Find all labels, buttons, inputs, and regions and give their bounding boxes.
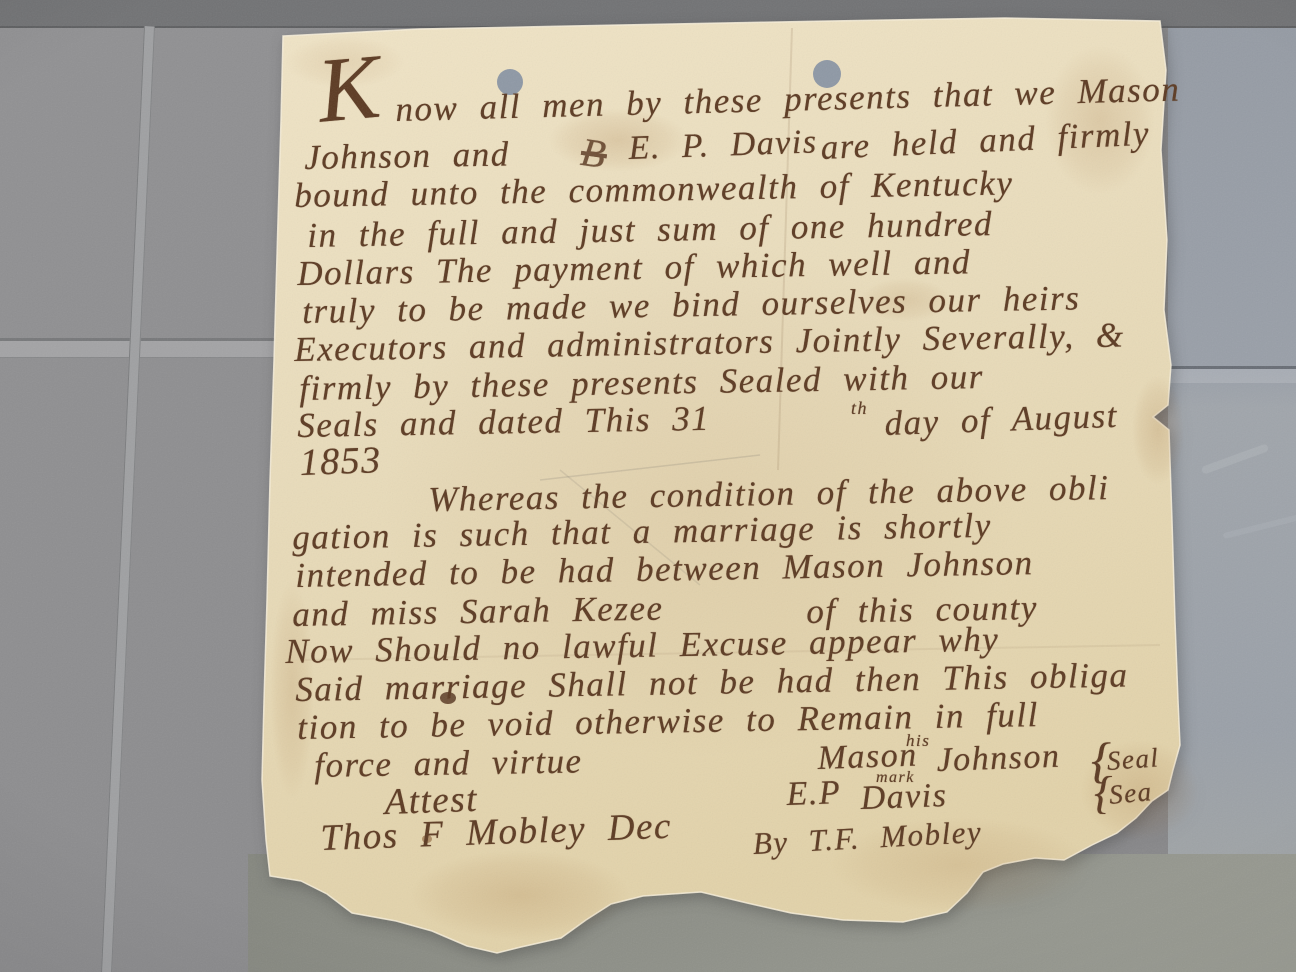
table-scuff-mark — [1201, 443, 1270, 474]
handwriting-line: force and virtue — [314, 743, 583, 783]
punch-hole — [497, 69, 523, 95]
handwriting-line: intended to be had between Mason Johnson — [295, 545, 1034, 593]
handwriting-line: Thos F Mobley Dec — [320, 808, 672, 857]
handwriting-line: { — [1094, 770, 1114, 816]
handwriting-line: Said marriage Shall not be had then This… — [295, 657, 1129, 707]
table-scuff-mark — [1223, 511, 1296, 539]
handwriting-line: gation is such that a marriage is shortl… — [292, 508, 992, 555]
handwriting-line: 1853 — [299, 441, 382, 482]
handwriting-line: mark — [876, 770, 915, 786]
handwriting-line: bound unto the commonwealth of Kentucky — [294, 165, 1014, 213]
photo-grain-overlay — [0, 0, 1296, 972]
handwriting-line: By T.F. Mobley — [752, 816, 983, 859]
handwriting-line: Seal — [1106, 744, 1160, 775]
paper-sheet — [262, 18, 1180, 953]
handwriting-line: Executors and administrators Jointly Sev… — [294, 318, 1125, 367]
handwriting-line: of this county — [806, 590, 1038, 629]
handwriting-line: { — [1091, 735, 1113, 785]
handwriting-line: Johnson and — [304, 136, 510, 175]
table-seam-top-strip — [0, 0, 1296, 28]
handwriting-line: firmly by these presents Sealed with our — [299, 359, 984, 406]
handwriting-line: tion to be void otherwise to Remain in f… — [297, 697, 1039, 745]
handwriting-line: Mason — [817, 739, 918, 776]
handwriting-line: E. P. Davis — [628, 125, 818, 166]
handwriting-line: truly to be made we bind ourselves our h… — [302, 280, 1081, 329]
handwriting-line: are held and firmly — [820, 116, 1151, 165]
handwriting-line: th — [851, 399, 868, 417]
handwriting-line: day of August — [884, 398, 1118, 441]
paper-creases — [300, 28, 1160, 660]
document-paper — [0, 0, 1296, 972]
table-seam-right — [1168, 366, 1296, 369]
handwriting-line: Whereas the condition of the above obli — [428, 470, 1110, 517]
punch-hole — [813, 60, 841, 88]
table-seam-left-vertical — [101, 26, 155, 972]
table-seam-left-horizontal — [0, 338, 292, 358]
paper-stains — [270, 36, 1200, 940]
handwriting-line: Davis — [860, 779, 948, 816]
handwriting-line: E.P — [786, 776, 842, 812]
table-surface-right-panel — [1168, 0, 1296, 972]
handwriting-line: Sea — [1108, 778, 1154, 809]
table-surface-left-panel — [0, 0, 1296, 972]
handwriting-line: Seals and dated This 31 — [297, 401, 711, 443]
handwriting-line: Now Should no lawful Excuse appear why — [285, 622, 1000, 669]
handwriting-line: B — [578, 132, 609, 175]
handwriting-line: Johnson — [936, 740, 1061, 778]
handwriting-line: in the full and just sum of one hundred — [307, 206, 993, 253]
photo-vignette — [0, 0, 1296, 972]
handwriting-line: and miss Sarah Kezee — [292, 591, 664, 632]
handwriting-line: Attest — [384, 781, 479, 821]
photo-of-document: Know all men by these presents that we M… — [0, 0, 1296, 972]
handwriting-line: his — [906, 732, 930, 749]
handwriting-line: K — [314, 40, 385, 137]
handwriting-line: now all men by these presents that we Ma… — [395, 71, 1181, 127]
table-seam-right-highlight — [1168, 369, 1296, 383]
table-surface-bottom-panel — [248, 854, 1296, 972]
handwriting-layer: Know all men by these presents that we M… — [0, 0, 1296, 972]
ink-spot — [422, 835, 432, 843]
ink-blot — [440, 692, 456, 704]
handwriting-line: Dollars The payment of which well and — [297, 244, 971, 291]
